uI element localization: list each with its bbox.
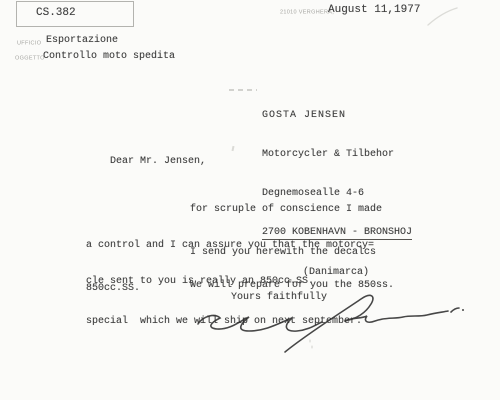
recipient-name: GOSTA JENSEN xyxy=(262,109,412,122)
reference-number: CS.382 xyxy=(36,7,76,19)
field-label-oggetto: OGGETTO xyxy=(15,55,45,61)
field-label-ufficio: UFFICIO xyxy=(17,40,41,46)
letter-page: CS.382 21010 VERGHERA, August 11,1977 UF… xyxy=(0,0,500,400)
dateline-place: 21010 VERGHERA, xyxy=(280,9,334,15)
dateline-date: August 11,1977 xyxy=(328,4,420,16)
paragraph-line: special which we will ship on next septe… xyxy=(86,316,446,328)
field-value-ufficio: Esportazione xyxy=(46,35,118,46)
scan-artifact-curve xyxy=(425,5,460,30)
field-value-oggetto: Controllo moto spedita xyxy=(43,51,175,62)
scan-speck xyxy=(232,146,235,151)
paragraph-line: We will prepare for you the 850ss. xyxy=(190,280,446,292)
closing: Yours faithfully xyxy=(231,292,327,303)
reference-box: CS.382 xyxy=(16,1,134,27)
paragraph-line: for scruple of conscience I made xyxy=(190,204,446,216)
paragraph-3: We will prepare for you the 850ss. speci… xyxy=(86,256,446,352)
faint-preprint-marks xyxy=(229,89,257,91)
recipient-company: Motorcycler & Tilbehor xyxy=(262,148,412,161)
salutation: Dear Mr. Jensen, xyxy=(110,156,206,167)
